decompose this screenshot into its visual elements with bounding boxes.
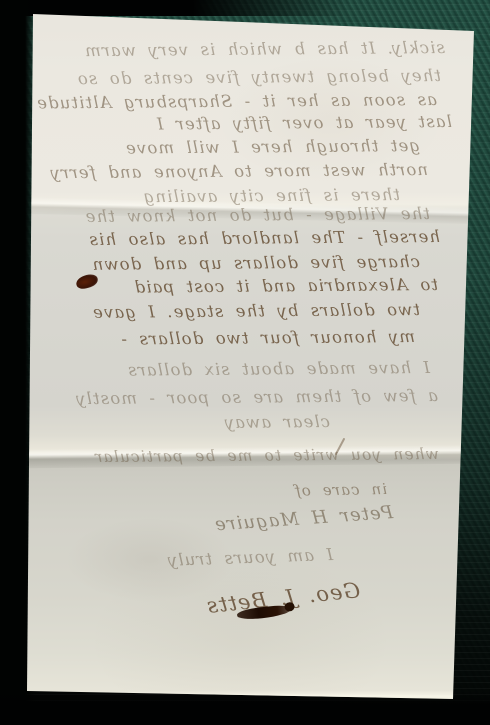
handwriting-line: a few of them are so poor - mostly [75,386,438,408]
handwriting-line: last year at over fifty after I [156,112,452,134]
handwriting-line: the Village - but do not know the [84,204,430,226]
handwriting-line: sickly. It has b which is very warm [84,38,445,60]
care-of-line: in care of [294,480,387,500]
handwriting-line: get through here I will move [125,136,420,158]
handwriting-line: I have made about six dollars [127,358,430,380]
handwriting-line: clear away [224,412,331,432]
photo-shadow-top [0,0,350,16]
photo-of-letter: sickly. It has b which is very warm they… [0,0,490,725]
closing-line: I am yours truly [166,545,333,570]
handwriting-line: herself - The landlord has also his [88,227,440,249]
letter-paper: sickly. It has b which is very warm they… [0,0,490,725]
handwriting-line: my honour four two dollars - [120,327,415,349]
handwriting-line: there is fine city availing [143,185,401,206]
handwriting-line: to Alexandria and it cost paid [133,275,438,297]
handwriting-line: charge five dollars up and down [92,252,421,274]
handwriting-line: they belong twenty five cents do so [77,66,441,88]
handwriting-line: north west more to Anyone and ferry [49,160,428,182]
handwriting-line: as soon as her it - Sharpsburg Altitude [36,90,437,112]
handwriting-line: two dollars by the stage. I gave [92,300,420,322]
handwriting-line: when you write to me be particular [94,445,439,466]
addressee-name: Peter H Maguire [213,502,393,535]
